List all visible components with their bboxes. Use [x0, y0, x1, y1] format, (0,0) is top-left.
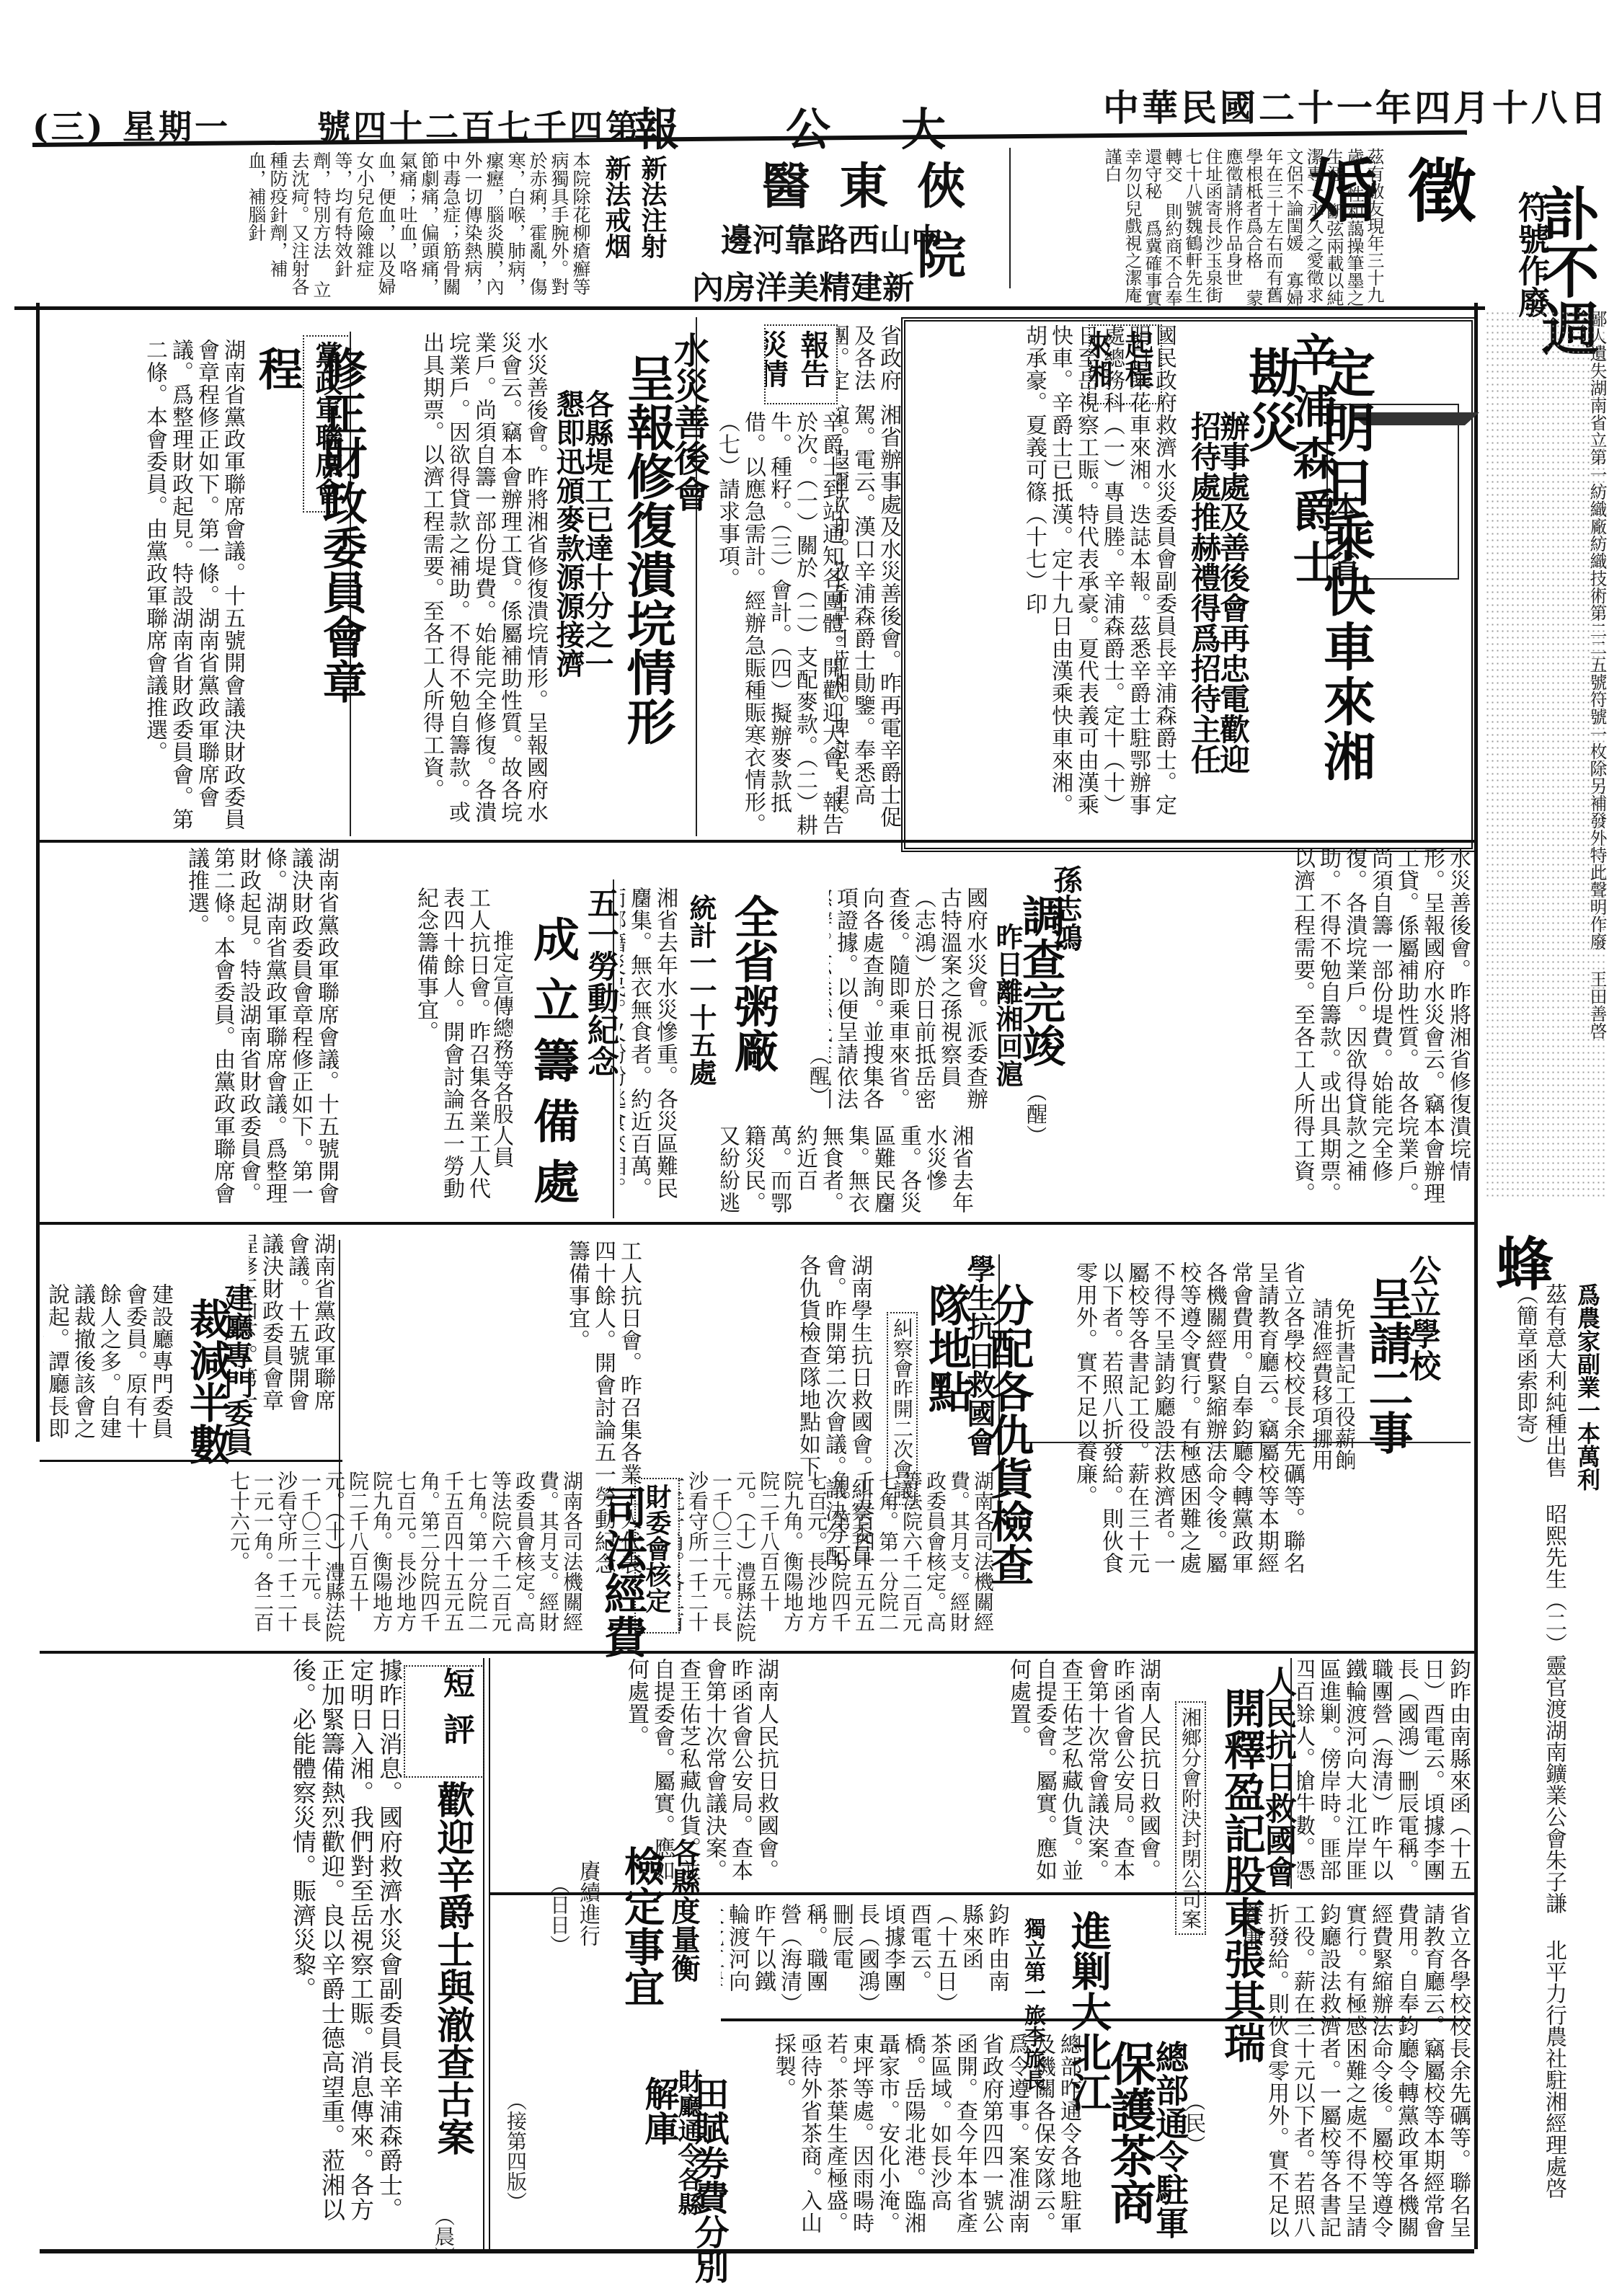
top-ad-band: 訃不週 符號作廢 徵婚 茲有敝友現年三十九歲 性和藹操筆墨之生涯 斷弦兩載以純潔… [14, 148, 1608, 310]
tianfu-byline: （接第四版） [505, 2091, 527, 2212]
hospital-service-injection: 新法注射 [634, 155, 671, 285]
marriage-body: 茲有敝友現年三十九歲 性和藹操筆墨之生涯 斷弦兩載以純潔專一永久之愛徵求文侶不論… [1103, 148, 1384, 306]
masthead: (三) 星期一 第四千七百二十四號 報 公 大 中華民國二十一年四月十八日 [0, 0, 1622, 144]
editorial-label: 短評 [433, 1667, 479, 1759]
weights-headline: 檢定事宜 [613, 1845, 670, 2007]
sun-subhead: 昨日離湘回滬 [988, 923, 1027, 1087]
hospital-service-opium: 新法戒烟 [598, 155, 635, 285]
xin-pu-sen-section-2-text: 湘省辦事處及水災善後會。昨再電辛爵士促駕。電云。漢口辛浦森爵士勛鑒。奉悉高誼。遐… [836, 404, 901, 836]
mid-rule-1 [40, 840, 1474, 843]
porridge-byline: （醒） [807, 1045, 830, 1106]
hospital-address: 中山西路靠河邊 [721, 214, 943, 260]
beijiang-text: 鈞昨由南縣來函（十五日）酉電云。頃據李團長（國鴻）刪辰電稱。職團營（海清）昨午以… [721, 1903, 1009, 2004]
release-subhead: 湘鄉分會附決封閉公司案 [1175, 1701, 1206, 1935]
editorial-headline: 歡迎辛爵士與澈查古案 [425, 1781, 479, 2249]
porridge-text: 湘省去年水災慘重。各災區難民麕集。無衣無食者。約近百萬。而鄂籍災民。又紛紛逃食來… [721, 1125, 973, 1218]
xin-pu-sen-section-4-label: 報告災情 [764, 324, 838, 404]
row3-left-top-text: 湖南省黨政軍聯席會議。十五號開會議決財政委員會章程修正如下。第一條。湖南省黨政軍… [249, 1233, 335, 1413]
hospital-body: 本院除花柳瘡癬等病獨具手腕外。對於赤痢，霍亂，傷寒，白喉，肺病，瘰癧，腦炎膜，內… [130, 151, 591, 299]
xin-pu-sen-section-3-text: 省政府及各法團。定十九日。開歡迎大會。（五）關於招待事宜。由省府組招待處。推赫禮… [836, 324, 901, 396]
sun-byline: （醒） [1024, 1081, 1046, 1146]
judicial-text: 湖南各司法機關經費。其月支。經財政委員會核定。高等法院六千二百元七角。第一分院二… [43, 1471, 584, 1644]
editorial-author: （晨） [433, 2206, 455, 2266]
construction-text: 建設廳專門委員會委員。原有十餘人之多。自建議裁撤後該會之說起。譚廳長即已諭令各委… [43, 1283, 173, 1456]
left-border [36, 303, 40, 1442]
top-band-rule [14, 306, 1485, 310]
editorial-label-box: 短評 [404, 1665, 484, 1778]
judicial-headline: 司法經費 [591, 1485, 653, 1658]
agri-ad-headline: 爲農家副業一本萬利 [1571, 1283, 1604, 1615]
row2-left-text: 湖南省黨政軍聯席會議。十五號開會議決財政委員會章程修正如下。第一條。湖南省黨政軍… [43, 847, 339, 1222]
xin-pu-sen-headline: 定明日乘快車來湘勘災 [1233, 346, 1383, 836]
obituary-body-strip: 鄙人遺失湖南省立第一紡織廠紡織技術第二二五號符號一枚除另補發外特此聲明作廢 王田… [1485, 310, 1608, 1197]
masthead-date: 中華民國二十一年四月十八日 [1103, 79, 1609, 131]
weights-byline: （日日） [548, 1874, 570, 1955]
bottom-rule [40, 2249, 1474, 2253]
school-sub-rule [1009, 1442, 1471, 1443]
judicial-text-right: 湖南各司法機關經費。其月支。經財政委員會核定。高等法院六千二百元七角。第一分院二… [678, 1471, 995, 1644]
mid-rule-2 [40, 1222, 1474, 1225]
party-headline: 修正財政委員會章程 [245, 346, 373, 721]
porridge-kicker: 全省粥廠 [721, 894, 785, 1073]
divider-release [1290, 1658, 1292, 1889]
school-subhead-1: 免折書記工役薪餉 [1332, 1298, 1355, 1471]
party-text: 湖南省黨政軍聯席會議。十五號開會議決財政委員會章程修正如下。第一條。湖南省黨政軍… [43, 339, 245, 836]
row5-right-text: 省立各學校校長余先礪等。聯名呈請教育廳云。竊屬校等本期經常會費用。自奉鈞廳令轉黨… [1226, 1903, 1471, 2249]
marriage-ad: 徵婚 茲有敝友現年三十九歲 性和藹操筆墨之生涯 斷弦兩載以純潔專一永久之愛徵求文… [1226, 148, 1499, 306]
construction-headline: 裁減半數 [177, 1298, 237, 1465]
porridge-text-cont: 湘省去年水災慘重。各災區難民麕集。無衣無食者。約近百萬。而鄂籍災民。又紛紛逃食來… [620, 887, 678, 1218]
editorial-text: 據昨日消息。國府救濟水災會副委員長辛浦森爵士。定明日入湘。我們對至岳視察工賑。消… [43, 1658, 404, 2235]
ad-divider [1009, 148, 1011, 288]
masthead-page: (三) [32, 101, 106, 149]
tianfu-headline: 田賦券費分別解庫 [634, 2076, 734, 2296]
mid-rule-3 [40, 1460, 342, 1462]
row2-right-text: 水災善後會。昨將湘省修復潰垸情形。呈報國府水災會云。竊本會辦理工貸。係屬補助性質… [1081, 847, 1471, 1222]
shuizai-headline: 呈報修復潰垸情形 [613, 353, 683, 829]
hospital-ad: 俠東醫院 中山西路靠河邊 新建精美洋房內 [692, 148, 995, 296]
mayday-headline: 成立籌備處 [519, 916, 585, 1218]
row4-right-text: 鈞昨由南縣來函（十五日）酉電云。頃據李團長（國鴻）刪辰電稱。職團營（海清）昨午以… [1298, 1658, 1471, 1889]
school-headline: 呈請二事 [1355, 1276, 1419, 1455]
mayday-subhead: 推定宣傳總務等各股人員 [490, 930, 513, 1168]
tea-byline: （民） [1182, 2091, 1205, 2155]
tea-text: 總部昨通令各地駐軍及機關各保安隊云。爲令遵事。案准湖南省政府第四四一號公函開。查… [721, 2033, 1081, 2249]
school-subhead-2: 請准經費移項挪用 [1309, 1298, 1331, 1471]
xin-pu-sen-subhead-2: 招待處推赫禮得爲招待主任 [1182, 411, 1226, 829]
sun-text: 國府水災會。派委查辦古特溫案之孫視察員（志鴻）於日前抵岳密查後。隨即乘車來省。向… [829, 887, 988, 1125]
mayday-text: 工人抗日會。昨召集各業工人代表四十餘人。開會討論五一勞動紀念籌備事宜。 [346, 887, 490, 1218]
agri-ad-body: 茲有意大利純種出售 昭熙先生（二）靈官渡湖南鑛業公會朱子謙 北平力行農社駐湘經理… [1489, 1283, 1568, 2220]
shuizai-subhead-2: 懇即迅頒麥款源源接濟 [548, 389, 589, 822]
tea-headline: 保護茶商 [1096, 2040, 1162, 2225]
school-text: 省立各學校校長余先礪等。聯名呈請教育廳云。竊屬校等本期經常會費用。自奉鈞廳令轉黨… [1002, 1262, 1305, 1579]
xin-pu-sen-section-1-text: 國民政府救濟水災委員會副委員長辛浦森爵士。定明日乘花車來湘。迭誌本報。茲悉辛爵士… [910, 324, 1176, 829]
shuizai-text: 水災善後會。昨將湘省修復潰垸情形。呈報國府水災會云。竊本會辦理工貸。係屬補助性質… [346, 332, 548, 836]
hospital-building: 新建精美洋房內 [692, 262, 914, 308]
xin-pu-sen-section-4-text: 辛爵士到站通知各團體。開歡迎大會。報告於次。（一）關於（二）支配麥款。（二）耕牛… [699, 411, 843, 836]
porridge-headline: 統計一一十五處 共十二萬餘人 [678, 894, 721, 1103]
weights-subhead: 賡續進行 [577, 1860, 599, 1946]
agri-ad: 蜂 爲農家副業一本萬利 茲有意大利純種出售 昭熙先生（二）靈官渡湖南鑛業公會朱子… [1481, 1218, 1618, 2264]
release-text: 湖南人民抗日救國會。昨函省會公安局。查本會第十次常會議決案。查王佑芝私藏仇貨。並… [793, 1658, 1161, 1889]
mid-rule-4 [40, 1651, 1474, 1654]
